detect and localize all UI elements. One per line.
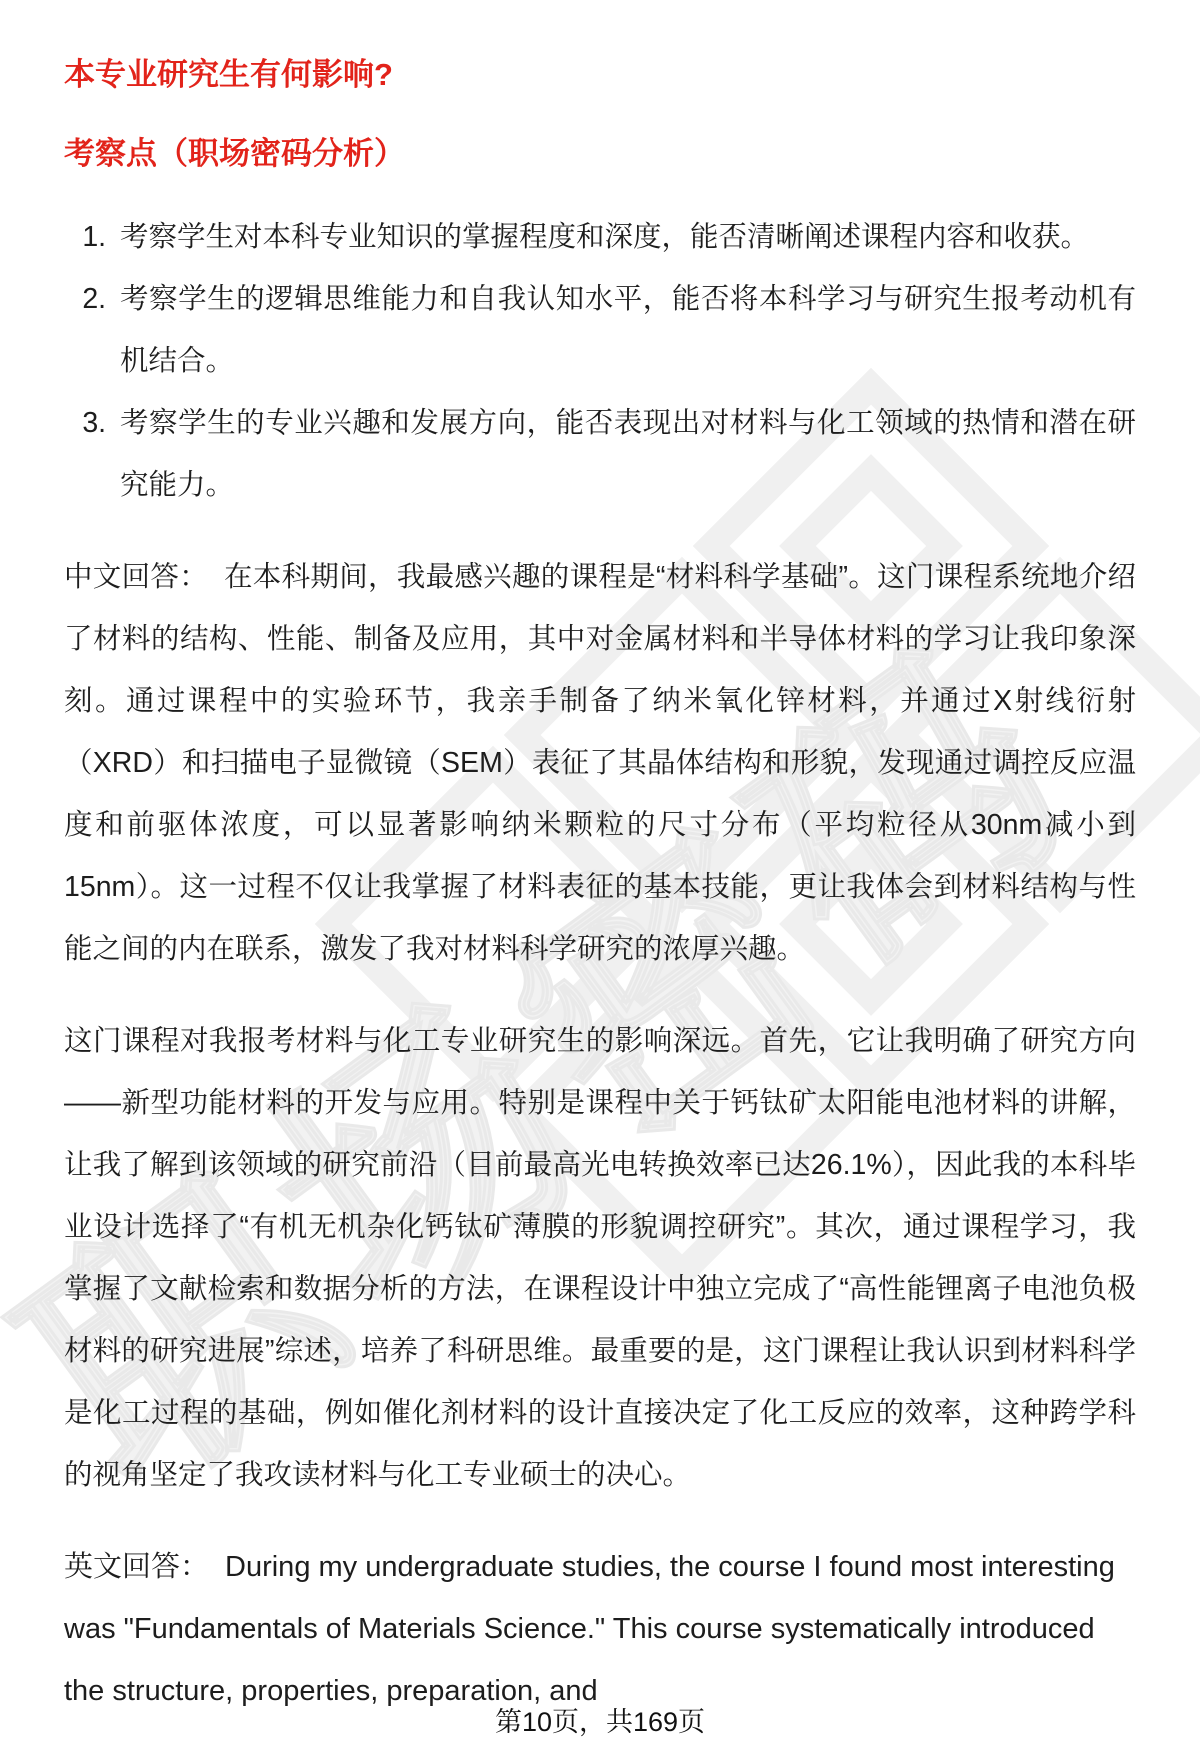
exam-point-text: 考察学生的逻辑思维能力和自我认知水平，能否将本科学习与研究生报考动机有机结合。 — [120, 283, 1136, 377]
english-answer-paragraph: 英文回答：During my undergraduate studies, th… — [64, 1536, 1136, 1722]
document-page: 职场密码 本专业研究生有何影响? 考察点（职场密码分析） 考察学生对本科专业知识… — [0, 0, 1200, 1755]
chinese-answer-label: 中文回答： — [64, 561, 208, 593]
exam-point-text: 考察学生的专业兴趣和发展方向，能否表现出对材料与化工领域的热情和潜在研究能力。 — [120, 407, 1136, 501]
section-heading: 考察点（职场密码分析） — [64, 135, 1136, 174]
chinese-answer-paragraph: 中文回答：在本科期间，我最感兴趣的课程是“材料科学基础”。这门课程系统地介绍了材… — [64, 546, 1136, 980]
english-answer-label: 英文回答： — [64, 1551, 209, 1583]
exam-point-item: 考察学生的逻辑思维能力和自我认知水平，能否将本科学习与研究生报考动机有机结合。 — [114, 268, 1136, 392]
influence-paragraph: 这门课程对我报考材料与化工专业研究生的影响深远。首先，它让我明确了研究方向——新… — [64, 1010, 1136, 1506]
exam-point-text: 考察学生对本科专业知识的掌握程度和深度，能否清晰阐述课程内容和收获。 — [120, 221, 1089, 253]
influence-paragraph-text: 这门课程对我报考材料与化工专业研究生的影响深远。首先，它让我明确了研究方向——新… — [64, 1025, 1136, 1491]
exam-point-item: 考察学生的专业兴趣和发展方向，能否表现出对材料与化工领域的热情和潜在研究能力。 — [114, 392, 1136, 516]
chinese-answer-text: 在本科期间，我最感兴趣的课程是“材料科学基础”。这门课程系统地介绍了材料的结构、… — [64, 561, 1136, 965]
exam-point-item: 考察学生对本科专业知识的掌握程度和深度，能否清晰阐述课程内容和收获。 — [114, 206, 1136, 268]
document-content: 本专业研究生有何影响? 考察点（职场密码分析） 考察学生对本科专业知识的掌握程度… — [0, 0, 1200, 1755]
exam-points-list: 考察学生对本科专业知识的掌握程度和深度，能否清晰阐述课程内容和收获。 考察学生的… — [64, 206, 1136, 516]
page-number: 第10页，共169页 — [0, 1700, 1200, 1739]
english-answer-text: During my undergraduate studies, the cou… — [64, 1551, 1115, 1707]
question-heading: 本专业研究生有何影响? — [64, 56, 1136, 95]
